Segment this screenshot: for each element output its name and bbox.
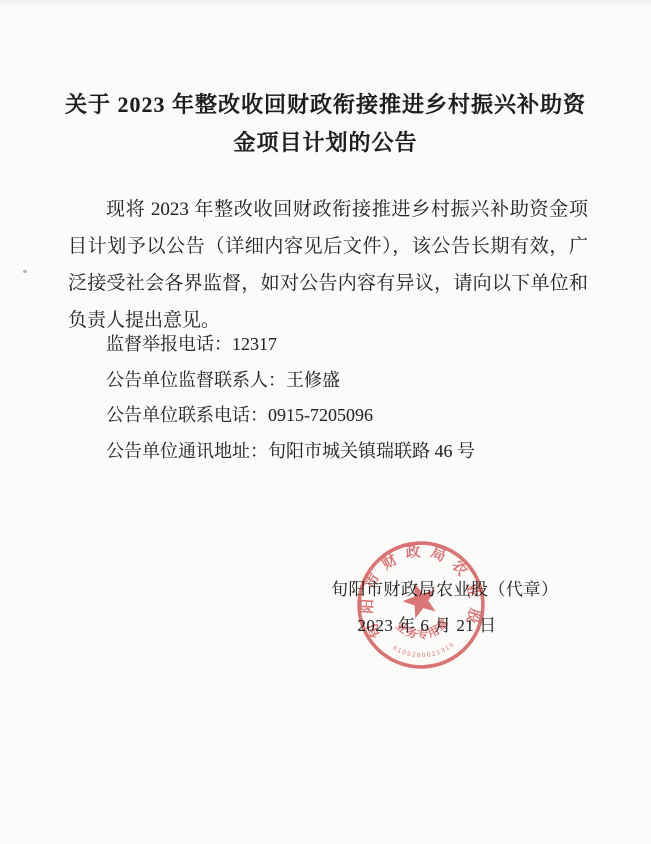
document-page: 关于 2023 年整改收回财政衔接推进乡村振兴补助资 金项目计划的公告 现将 2… [0,0,651,844]
page-title: 关于 2023 年整改收回财政衔接推进乡村振兴补助资 金项目计划的公告 [40,86,611,162]
title-line-2: 金项目计划的公告 [40,124,611,162]
seal-code-text: 6109280021316 [391,640,457,661]
contact-info-list: 监督举报电话：12317 公告单位监督联系人：王修盛 公告单位联系电话：0915… [106,327,591,469]
title-line-1: 关于 2023 年整改收回财政衔接推进乡村振兴补助资 [40,86,611,124]
scan-artifact-speck [23,270,27,273]
unit-phone-line: 公告单位联系电话：0915-7205096 [106,398,591,434]
issuing-unit-name: 旬阳市财政局农业股（代章） [331,575,559,600]
official-seal-stamp: 旬阳市财政局农业股 业务专用章 6109280021316 [347,531,494,678]
seal-ring-icon [355,539,487,671]
supervisor-contact-line: 公告单位监督联系人：王修盛 [106,363,591,399]
supervision-hotline-line: 监督举报电话：12317 [106,327,591,363]
unit-address-line: 公告单位通讯地址：旬阳市城关镇瑞联路 46 号 [106,434,591,470]
issue-date: 2023 年 6 月 21 日 [352,611,502,636]
announcement-body-paragraph: 现将 2023 年整改收回财政衔接推进乡村振兴补助资金项目计划予以公告（详细内容… [68,191,588,339]
